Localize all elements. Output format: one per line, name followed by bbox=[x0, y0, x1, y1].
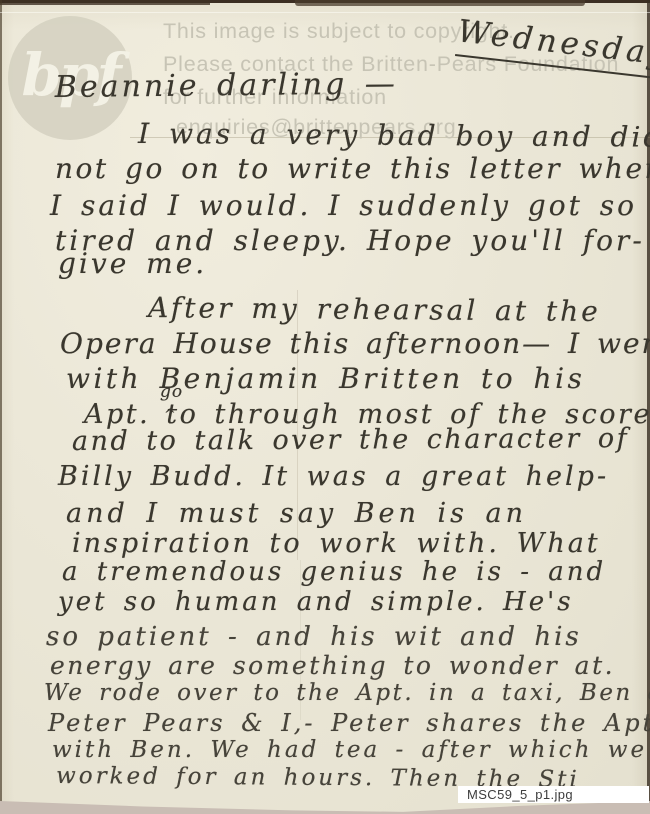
scanned-letter-page: bpf This image is subject to copyright. … bbox=[0, 0, 650, 814]
handwritten-line: We rode over to the Apt. in a taxi, Ben … bbox=[44, 682, 650, 705]
handwritten-line: yet so human and simple. He's bbox=[58, 589, 574, 615]
paper-crease-top-fold bbox=[0, 12, 650, 13]
handwritten-line: and to talk over the character of bbox=[72, 425, 629, 455]
handwritten-line: energy are something to wonder at. bbox=[50, 653, 615, 678]
insertion-caret: ^ bbox=[164, 408, 178, 422]
handwritten-line: with Ben. We had tea - after which we bbox=[52, 739, 647, 762]
scan-edge-left bbox=[0, 0, 2, 814]
handwritten-line: not go on to write this letter when bbox=[55, 155, 650, 183]
inserted-word: go bbox=[160, 384, 183, 401]
handwritten-line: and I must say Ben is an bbox=[66, 500, 527, 527]
handwritten-line: so patient - and his wit and his bbox=[46, 624, 582, 650]
handwritten-line: After my rehearsal at the bbox=[148, 294, 601, 326]
handwritten-line: Peter Pears & I,- Peter shares the Apt. bbox=[48, 711, 650, 735]
handwritten-line: inspiration to work with. What bbox=[72, 530, 601, 557]
handwritten-line: a tremendous genius he is - and bbox=[62, 559, 606, 585]
handwritten-salutation: Beannie darling — bbox=[55, 69, 398, 103]
handwritten-line: Opera House this afternoon— I went bbox=[60, 330, 650, 358]
filename-label: MSC59_5_p1.jpg bbox=[458, 786, 649, 803]
handwritten-line: with Benjamin Britten to his bbox=[66, 365, 585, 393]
handwritten-line: I said I would. I suddenly got so bbox=[50, 192, 637, 220]
handwritten-line: Billy Budd. It was a great help- bbox=[58, 463, 609, 490]
scan-edge-top-band bbox=[295, 0, 585, 6]
handwritten-line: I was a very bad boy and did bbox=[138, 120, 650, 152]
handwritten-line: give me. bbox=[58, 250, 207, 278]
scan-edge-top-left bbox=[0, 0, 210, 5]
